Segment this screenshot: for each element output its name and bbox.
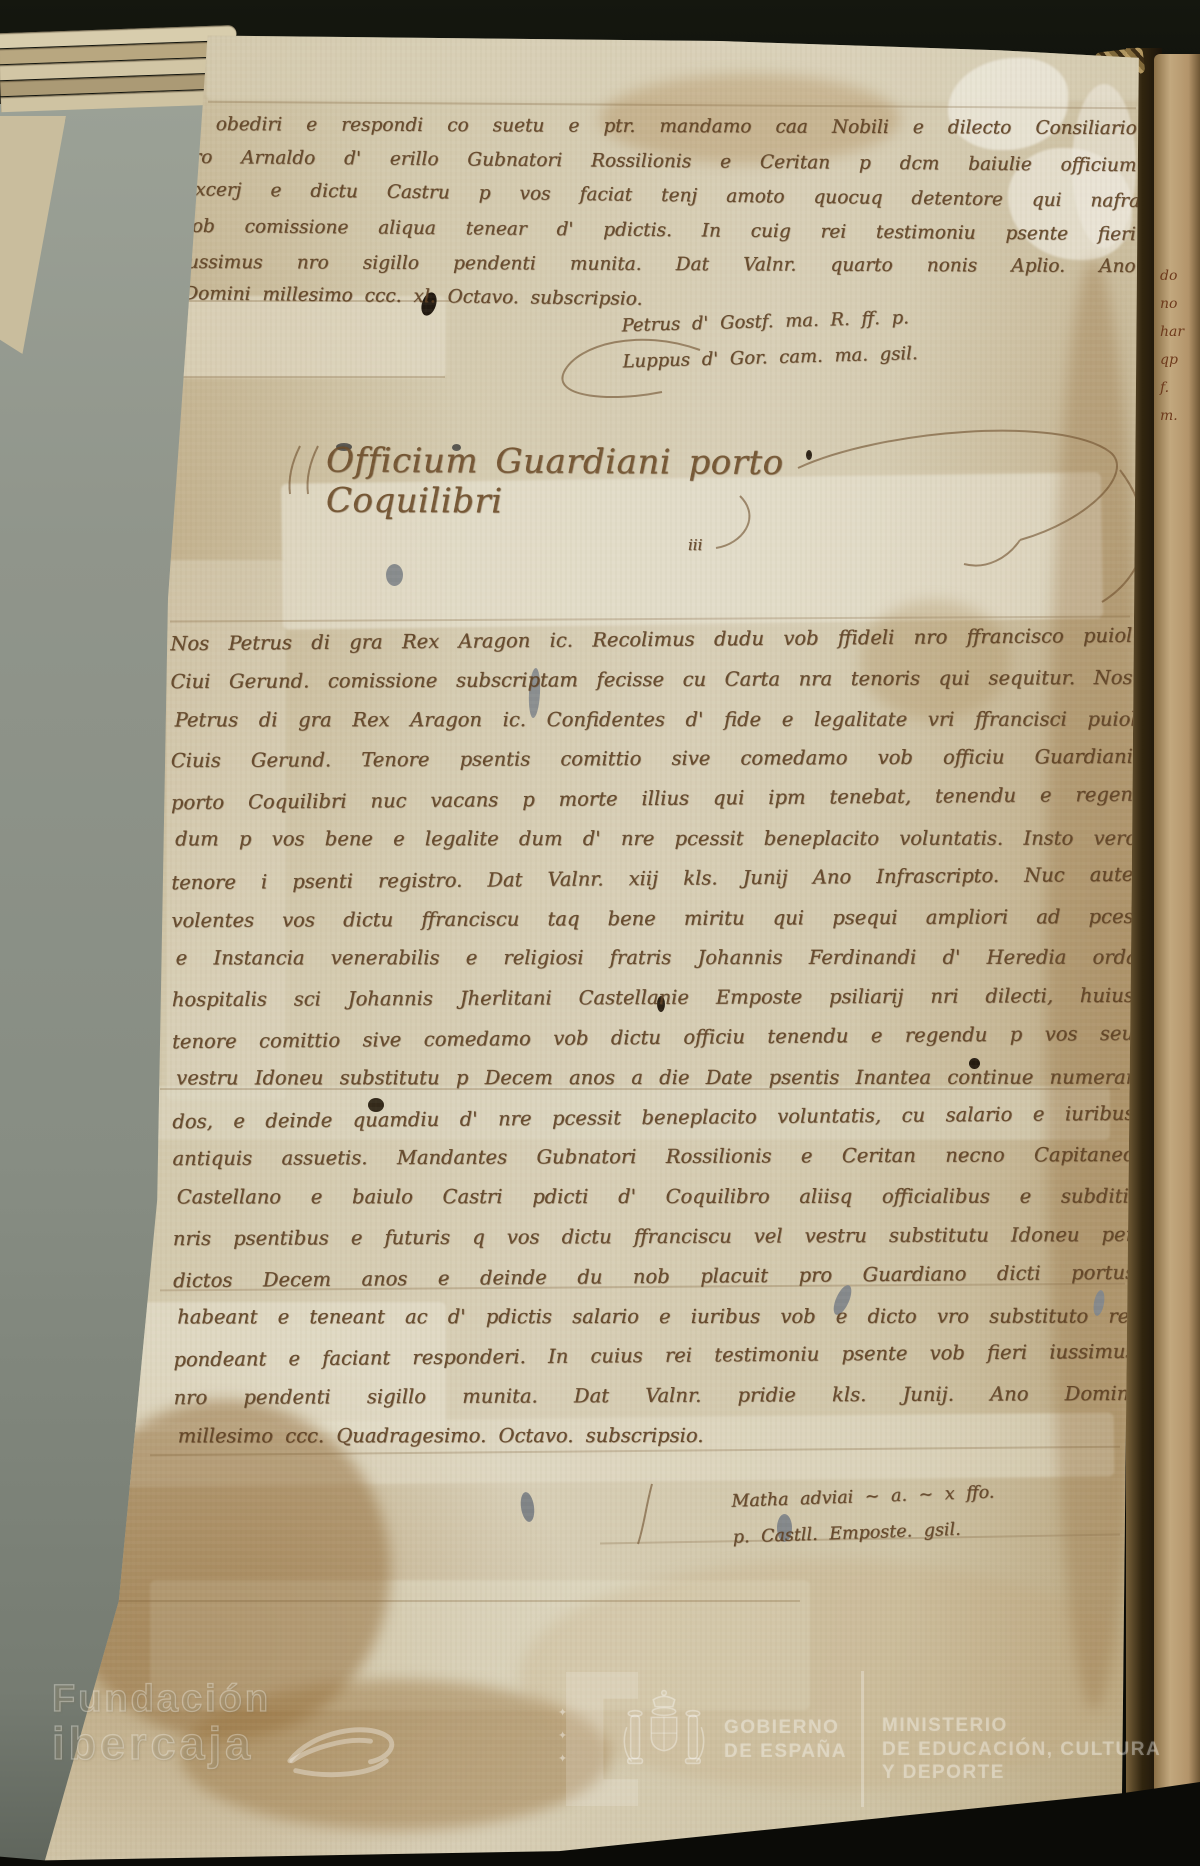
ibercaja-watermark-line1: Fundación (52, 1678, 271, 1720)
swoosh-icon (282, 1714, 400, 1786)
text-line: e Instancia venerabilis e religiosi frat… (176, 938, 1138, 979)
seam-line (160, 1283, 1125, 1292)
ink-smudge (336, 443, 352, 451)
stain (600, 74, 900, 164)
gray-spot (1092, 1289, 1106, 1316)
signature-line: Matha adviai ~ a. ~ x ffo. (731, 1472, 1062, 1519)
ink-blot (806, 450, 812, 460)
gobierno-watermark-line1: GOBIERNO (724, 1716, 847, 1740)
repair-patch (166, 560, 286, 1100)
text-line: tenore i psenti registro. Dat Valnr. xii… (171, 855, 1133, 903)
ibercaja-watermark: Fundación ibercaja (52, 1678, 271, 1768)
repair-patch (54, 1412, 1115, 1487)
ministerio-watermark-line3: Y DEPORTE (882, 1761, 1161, 1785)
text-line: pondeant e faciant responderi. In cuius … (173, 1332, 1135, 1380)
ibercaja-watermark-line2: ibercaja (52, 1720, 271, 1768)
text-line: excerj e dictu Castru p vos faciat tenj … (184, 173, 1140, 219)
repair-patch (206, 36, 1140, 100)
gray-spot (777, 1514, 792, 1542)
text-fragment: har (1160, 318, 1200, 346)
text-line: nob comissione aliqua tenear d' pdictis.… (180, 209, 1136, 252)
seam-line (600, 1533, 1120, 1544)
gray-spot (830, 1283, 855, 1318)
text-line: e obediri e respondi co suetu e ptr. man… (181, 108, 1137, 147)
repair-patch (166, 296, 446, 378)
text-fragment: no (1160, 290, 1200, 318)
gray-spot (386, 564, 403, 586)
text-line: habeant e teneant ac d' pdictis salario … (177, 1296, 1139, 1337)
text-line: Domini millesimo ccc. xl. Octavo. subscr… (183, 277, 1139, 323)
facing-folio-sliver: do no har qp f. m. (1154, 54, 1200, 1798)
ink-smudge (452, 444, 461, 451)
watermark-divider (861, 1671, 864, 1807)
ministerio-watermark-line1: MINISTERIO (882, 1714, 1161, 1738)
chancery-signatures-top: Petrus d' Gostf. ma. R. ff. p. Luppus d'… (621, 300, 933, 381)
text-fragment: do (1160, 262, 1200, 290)
gray-spot (528, 668, 542, 719)
document-heading: Officium Guardiani porto Coquilibri (326, 441, 846, 524)
ink-blot (969, 1058, 980, 1069)
text-line: Ciuis Gerund. Tenore psentis comittio si… (171, 737, 1133, 781)
four-pointed-star-icon: ✦ (558, 1706, 567, 1719)
torn-patch (1072, 84, 1136, 248)
seam-line (160, 1088, 1120, 1090)
ink-blot (368, 1098, 384, 1112)
gobierno-watermark-line2: DE ESPAÑA (724, 1740, 847, 1764)
torn-patch (1008, 148, 1132, 260)
text-line: Castellano e baiulo Castri pdicti d' Coq… (177, 1177, 1139, 1218)
signature-line: Petrus d' Gostf. ma. R. ff. p. (621, 300, 932, 345)
four-pointed-star-icon: ✦ (558, 1752, 567, 1765)
text-line: dos, e deinde quamdiu d' nre pcessit ben… (172, 1093, 1134, 1141)
signature-line: p. Castll. Emposte. gsil. (732, 1508, 1063, 1555)
repair-patch (150, 1086, 1110, 1140)
gobierno-watermark: GOBIERNO DE ESPAÑA (724, 1716, 847, 1763)
spain-coat-of-arms-icon (618, 1688, 710, 1786)
torn-patch (948, 58, 1068, 150)
text-line: nro pendenti sigillo munita. Dat Valnr. … (173, 1374, 1135, 1418)
signature-line: Luppus d' Gor. cam. ma. gsil. (622, 336, 933, 381)
stain (860, 600, 1010, 720)
seam-line (165, 300, 450, 302)
text-line: antiquis assuetis. Mandantes Gubnatori R… (172, 1135, 1134, 1179)
text-line: hospitalis sci Johannis Jherlitani Caste… (172, 976, 1134, 1020)
four-pointed-star-icon: ✦ (558, 1729, 567, 1742)
text-line: millesimo ccc. Quadragesimo. Octavo. sub… (178, 1416, 1140, 1457)
text-line: Iussimus nro sigillo pendenti munita. Da… (179, 246, 1135, 285)
ink-blot (419, 290, 440, 317)
seam-line (150, 1446, 1120, 1456)
heading-submark: iii (688, 536, 702, 554)
gray-spot (519, 1491, 536, 1523)
text-line: dum p vos bene e legalite dum d' nre pce… (175, 819, 1137, 860)
text-line: Petrus di gra Rex Aragon ic. Confidentes… (175, 699, 1137, 740)
latin-text-block-top: e obediri e respondi co suetu e ptr. man… (179, 106, 1137, 321)
seam-line (170, 615, 1130, 622)
text-line: nro Arnaldo d' erillo Gubnatori Rossilio… (180, 140, 1136, 183)
ministerio-watermark: MINISTERIO DE EDUCACIÓN, CULTURA Y DEPOR… (882, 1714, 1161, 1785)
chancery-signatures-bottom: Matha adviai ~ a. ~ x ffo. p. Castll. Em… (731, 1472, 1063, 1555)
text-line: vestru Idoneu substitutu p Decem anos a … (176, 1057, 1138, 1098)
repair-patch (281, 472, 1103, 629)
facing-folio-text: do no har qp f. m. (1160, 262, 1200, 430)
latin-text-block-main: Nos Petrus di gra Rex Aragon ic. Recolim… (170, 618, 1136, 1458)
seam-line (60, 1600, 800, 1602)
seam-line (208, 101, 1136, 109)
text-line: dictos Decem anos e deinde du nob placui… (173, 1253, 1135, 1301)
text-fragment: m. (1160, 402, 1200, 430)
seam-line (165, 376, 445, 378)
text-line: Ciui Gerund. comissione subscriptam feci… (170, 658, 1132, 702)
ministerio-watermark-line2: DE EDUCACIÓN, CULTURA (882, 1738, 1161, 1762)
text-line: porto Coquilibri nuc vacans p morte illi… (171, 775, 1133, 823)
text-line: volentes vos dictu ffranciscu taq bene m… (171, 896, 1133, 940)
text-fragment: qp (1160, 346, 1200, 374)
text-line: nris psentibus e futuris q vos dictu ffr… (173, 1215, 1135, 1259)
ink-blot (657, 996, 665, 1012)
text-fragment: f. (1160, 374, 1200, 402)
text-line: tenore comittio sive comedamo vob dictu … (172, 1014, 1134, 1062)
text-line: Nos Petrus di gra Rex Aragon ic. Recolim… (170, 616, 1132, 664)
manuscript-photo: do no har qp f. m. (0, 0, 1200, 1866)
